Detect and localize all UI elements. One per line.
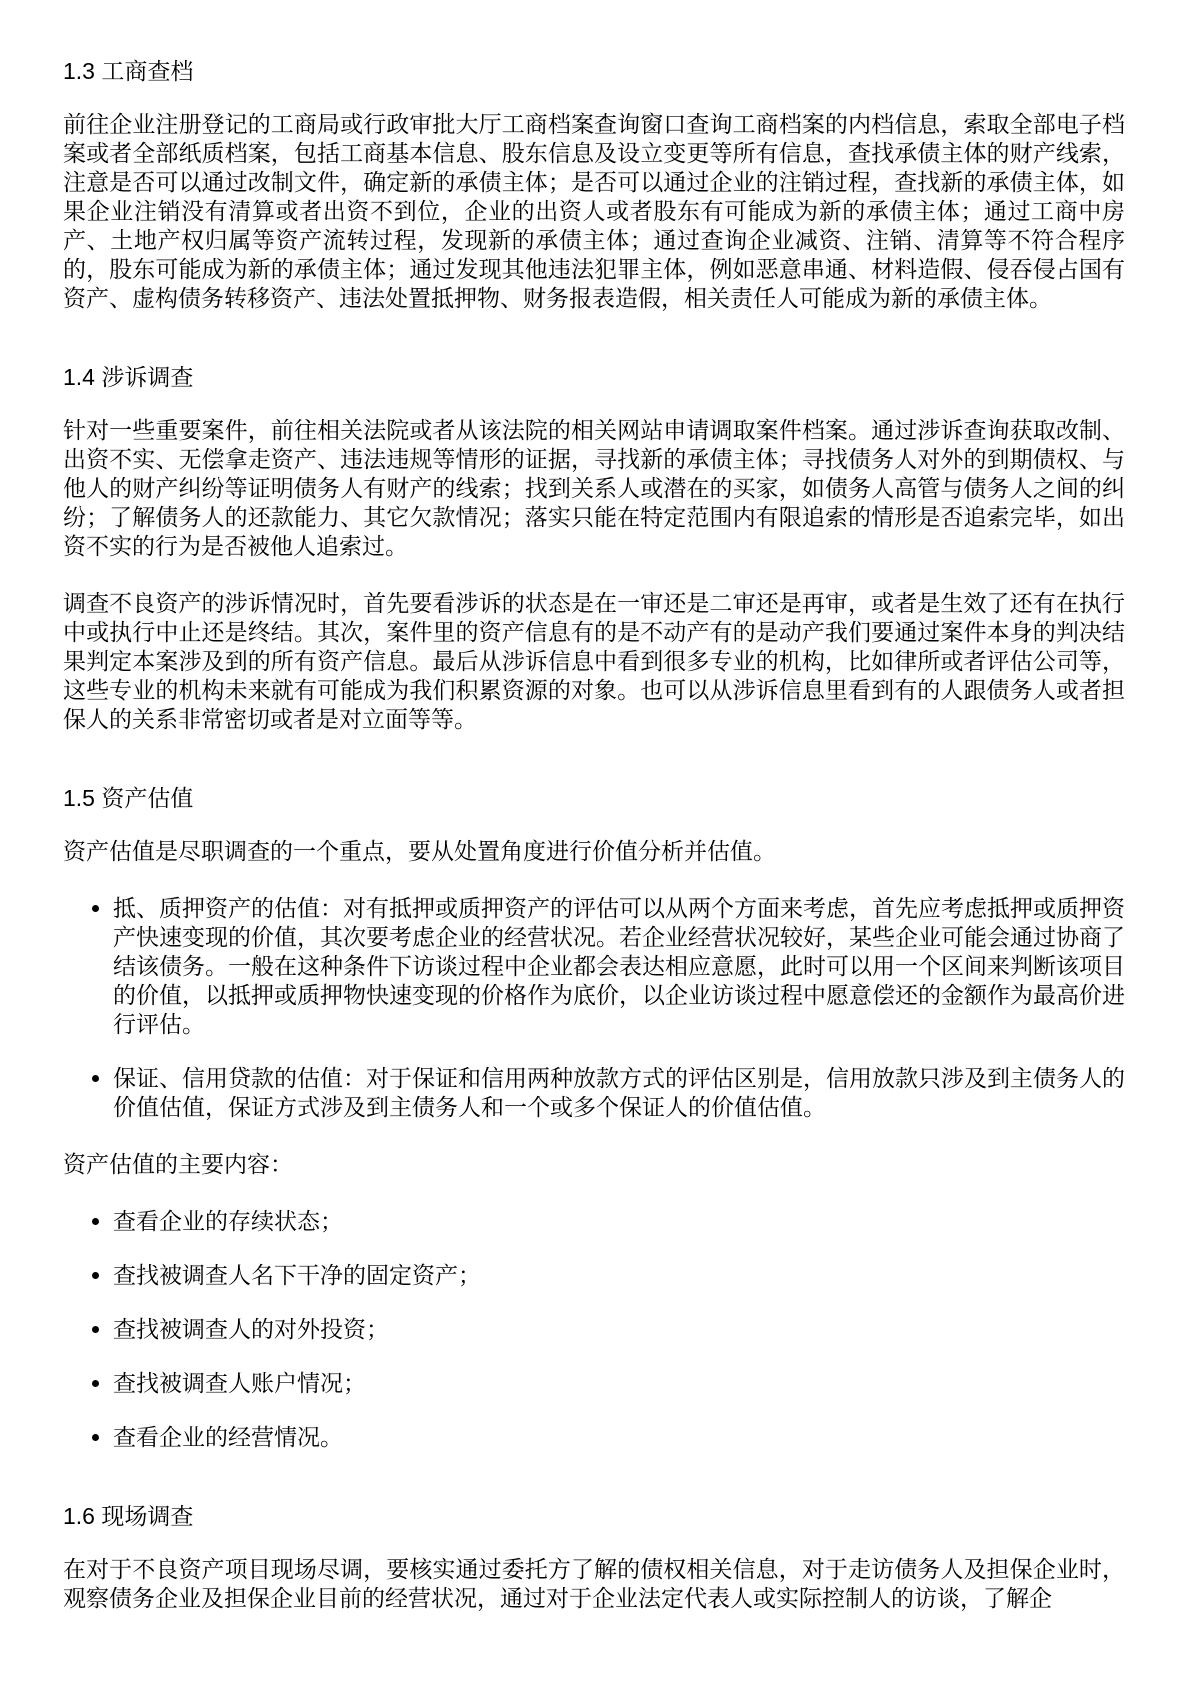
list-item-account-status: 查找被调查人账户情况； (113, 1369, 1125, 1398)
paragraph-onsite-investigation: 在对于不良资产项目现场尽调，要核实通过委托方了解的债权相关信息，对于走访债务人及… (63, 1555, 1125, 1613)
paragraph-valuation-intro: 资产估值是尽职调查的一个重点，要从处置角度进行价值分析并估值。 (63, 837, 1125, 866)
paragraph-valuation-contents-label: 资产估值的主要内容： (63, 1150, 1125, 1179)
section-heading-1-4: 1.4 涉诉调查 (63, 363, 1125, 392)
paragraph-litigation-1: 针对一些重要案件，前往相关法院或者从该法院的相关网站申请调取案件档案。通过涉诉查… (63, 416, 1125, 561)
section-heading-1-3: 1.3 工商查档 (63, 57, 1125, 86)
list-item-pledged-assets: 抵、质押资产的估值：对有抵押或质押资产的评估可以从两个方面来考虑，首先应考虑抵押… (113, 894, 1125, 1039)
document-page: 1.3 工商查档 前往企业注册登记的工商局或行政审批大厅工商档案查询窗口查询工商… (0, 0, 1189, 1683)
paragraph-business-archive: 前往企业注册登记的工商局或行政审批大厅工商档案查询窗口查询工商档案的内档信息，索… (63, 110, 1125, 313)
valuation-method-list: 抵、质押资产的估值：对有抵押或质押资产的评估可以从两个方面来考虑，首先应考虑抵押… (63, 894, 1125, 1122)
list-item-survival-status: 查看企业的存续状态； (113, 1207, 1125, 1236)
paragraph-litigation-2: 调查不良资产的涉诉情况时，首先要看涉诉的状态是在一审还是二审还是再审，或者是生效… (63, 589, 1125, 734)
list-item-guarantee-credit: 保证、信用贷款的估值：对于保证和信用两种放款方式的评估区别是，信用放款只涉及到主… (113, 1064, 1125, 1122)
list-item-operating-status: 查看企业的经营情况。 (113, 1423, 1125, 1452)
document-content: 1.3 工商查档 前往企业注册登记的工商局或行政审批大厅工商档案查询窗口查询工商… (0, 0, 1189, 1613)
list-item-fixed-assets: 查找被调查人名下干净的固定资产； (113, 1261, 1125, 1290)
list-item-outbound-investment: 查找被调查人的对外投资； (113, 1315, 1125, 1344)
section-heading-1-6: 1.6 现场调查 (63, 1502, 1125, 1531)
valuation-contents-list: 查看企业的存续状态； 查找被调查人名下干净的固定资产； 查找被调查人的对外投资；… (63, 1207, 1125, 1452)
section-heading-1-5: 1.5 资产估值 (63, 784, 1125, 813)
